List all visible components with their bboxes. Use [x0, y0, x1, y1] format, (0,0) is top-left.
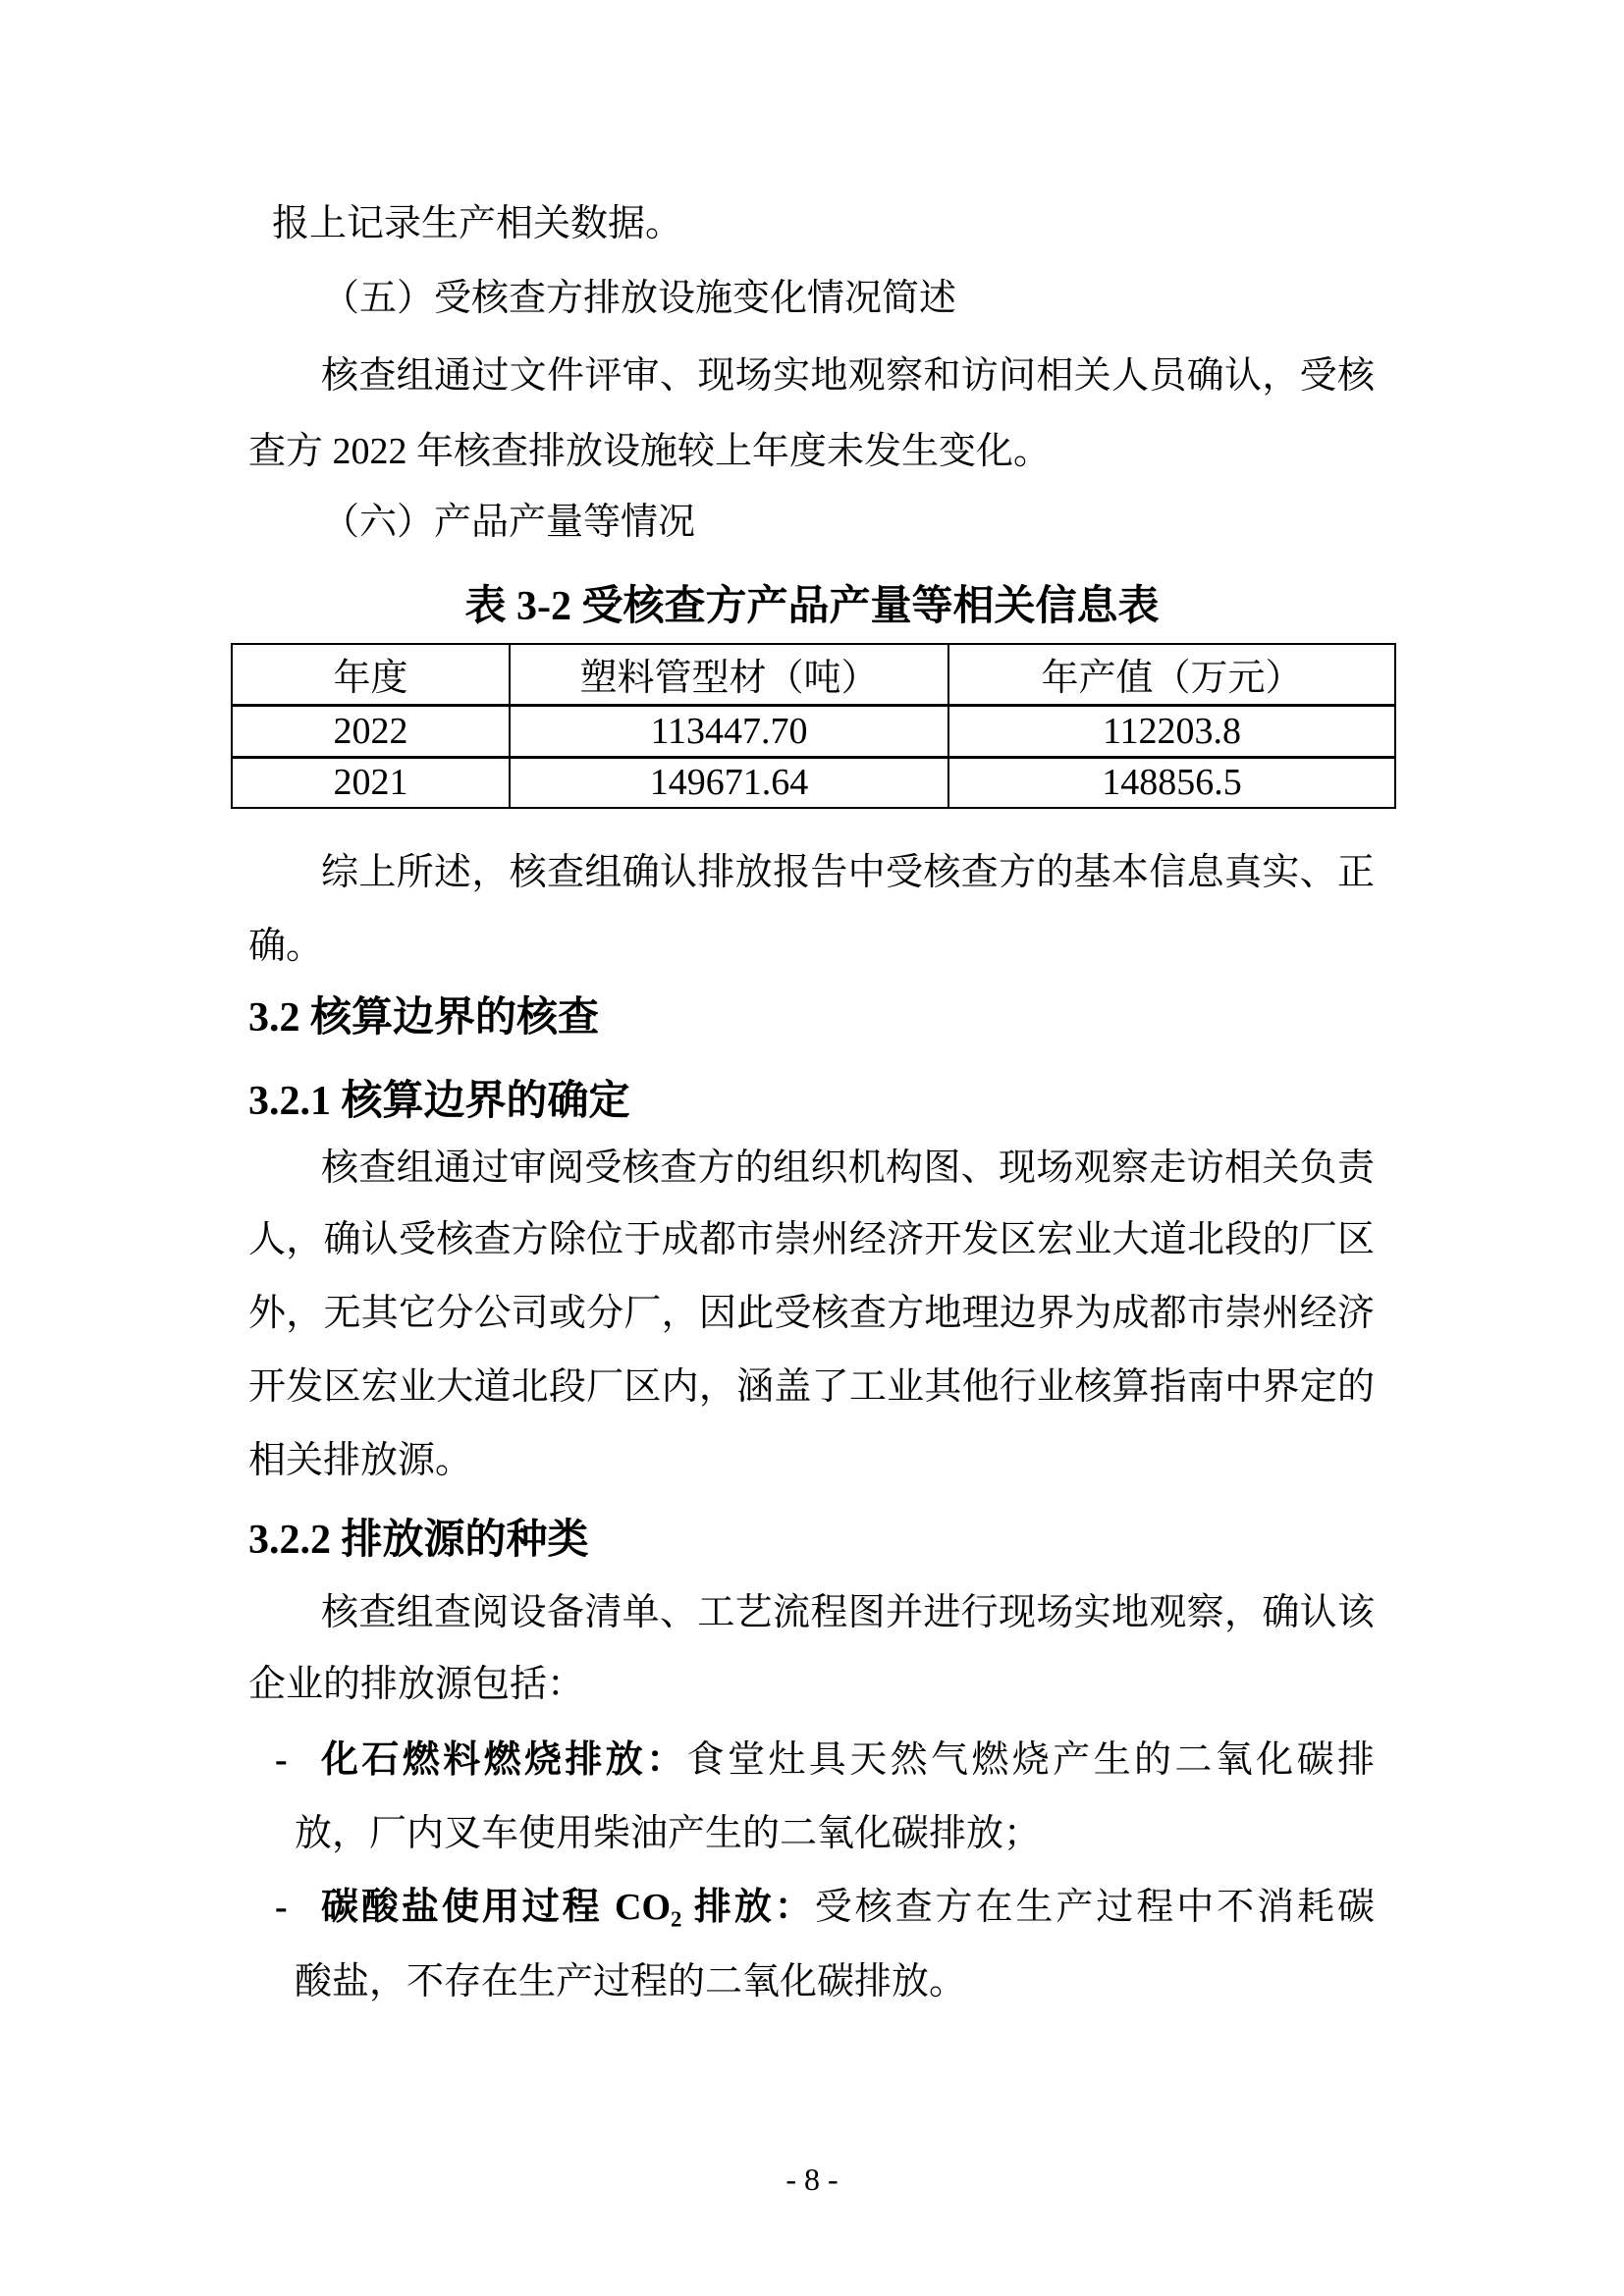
table-cell-product: 149671.64: [510, 757, 948, 808]
table-cell-year: 2022: [232, 705, 510, 757]
bullet-item-carbonate: - 碳酸盐使用过程 CO₂ 排放：受核查方在生产过程中不消耗碳: [275, 1885, 1375, 1930]
bullet-bold-lead: 碳酸盐使用过程 CO₂ 排放：: [321, 1887, 815, 1928]
section-5-heading: （五）受核查方排放设施变化情况简述: [322, 276, 956, 321]
body-text-line: 综上所述，核查组确认排放报告中受核查方的基本信息真实、正: [321, 850, 1375, 895]
table-header-value: 年产值（万元）: [948, 644, 1395, 705]
document-page: 报上记录生产相关数据。 （五）受核查方排放设施变化情况简述 核查组通过文件评审、…: [0, 0, 1624, 2296]
bullet-rest-text: 受核查方在生产过程中不消耗碳: [815, 1887, 1375, 1928]
body-text-line: 开发区宏业大道北段厂区内，涵盖了工业其他行业核算指南中界定的: [248, 1364, 1375, 1410]
bullet-continuation-line: 放，厂内叉车使用柴油产生的二氧化碳排放；: [295, 1811, 1041, 1856]
page-number: - 8 -: [0, 2162, 1624, 2198]
table-cell-product: 113447.70: [510, 705, 948, 757]
body-text-line: 确。: [248, 924, 323, 969]
table-header-year: 年度: [232, 644, 510, 705]
section-3-2-heading: 3.2 核算边界的核查: [248, 994, 599, 1041]
bullet-item-fossil-fuel: - 化石燃料燃烧排放：食堂灶具天然气燃烧产生的二氧化碳排: [275, 1737, 1375, 1783]
table-header-row: 年度 塑料管型材（吨） 年产值（万元）: [232, 644, 1395, 705]
body-text-line: 核查组查阅设备清单、工艺流程图并进行现场实地观察，确认该: [321, 1590, 1375, 1635]
section-6-heading: （六）产品产量等情况: [322, 500, 695, 545]
table-row: 2021 149671.64 148856.5: [232, 757, 1395, 808]
bullet-text: 碳酸盐使用过程 CO₂ 排放：受核查方在生产过程中不消耗碳: [321, 1885, 1375, 1930]
section-3-2-2-heading: 3.2.2 排放源的种类: [248, 1517, 589, 1564]
body-text-line: 外，无其它分公司或分厂，因此受核查方地理边界为成都市崇州经济: [248, 1291, 1375, 1336]
body-text-line: 核查组通过文件评审、现场实地观察和访问相关人员确认，受核: [321, 353, 1375, 399]
table-cell-year: 2021: [232, 757, 510, 808]
table-row: 2022 113447.70 112203.8: [232, 705, 1395, 757]
table-caption: 表 3-2 受核查方产品产量等相关信息表: [0, 573, 1624, 632]
bullet-bold-lead: 化石燃料燃烧排放：: [321, 1739, 687, 1781]
body-text-line: 相关排放源。: [248, 1438, 472, 1483]
body-text-line: 核查组通过审阅受核查方的组织机构图、现场观察走访相关负责: [321, 1146, 1375, 1191]
body-text-line: 人，确认受核查方除位于成都市崇州经济开发区宏业大道北段的厂区: [248, 1217, 1375, 1262]
bullet-text: 化石燃料燃烧排放：食堂灶具天然气燃烧产生的二氧化碳排: [321, 1737, 1375, 1783]
section-3-2-1-heading: 3.2.1 核算边界的确定: [248, 1078, 630, 1125]
bullet-rest-text: 食堂灶具天然气燃烧产生的二氧化碳排: [687, 1739, 1375, 1781]
table-cell-value: 148856.5: [948, 757, 1395, 808]
body-text-line: 企业的排放源包括：: [248, 1662, 584, 1707]
bullet-dash-marker: -: [275, 1737, 288, 1783]
product-output-table: 年度 塑料管型材（吨） 年产值（万元） 2022 113447.70 11220…: [231, 643, 1396, 809]
table-header-product: 塑料管型材（吨）: [510, 644, 948, 705]
bullet-dash-marker: -: [275, 1885, 288, 1930]
body-text-line: 报上记录生产相关数据。: [272, 201, 682, 246]
bullet-continuation-line: 酸盐，不存在生产过程的二氧化碳排放。: [295, 1959, 966, 2004]
table-cell-value: 112203.8: [948, 705, 1395, 757]
body-text-line: 查方 2022 年核查排放设施较上年度未发生变化。: [248, 429, 1051, 474]
